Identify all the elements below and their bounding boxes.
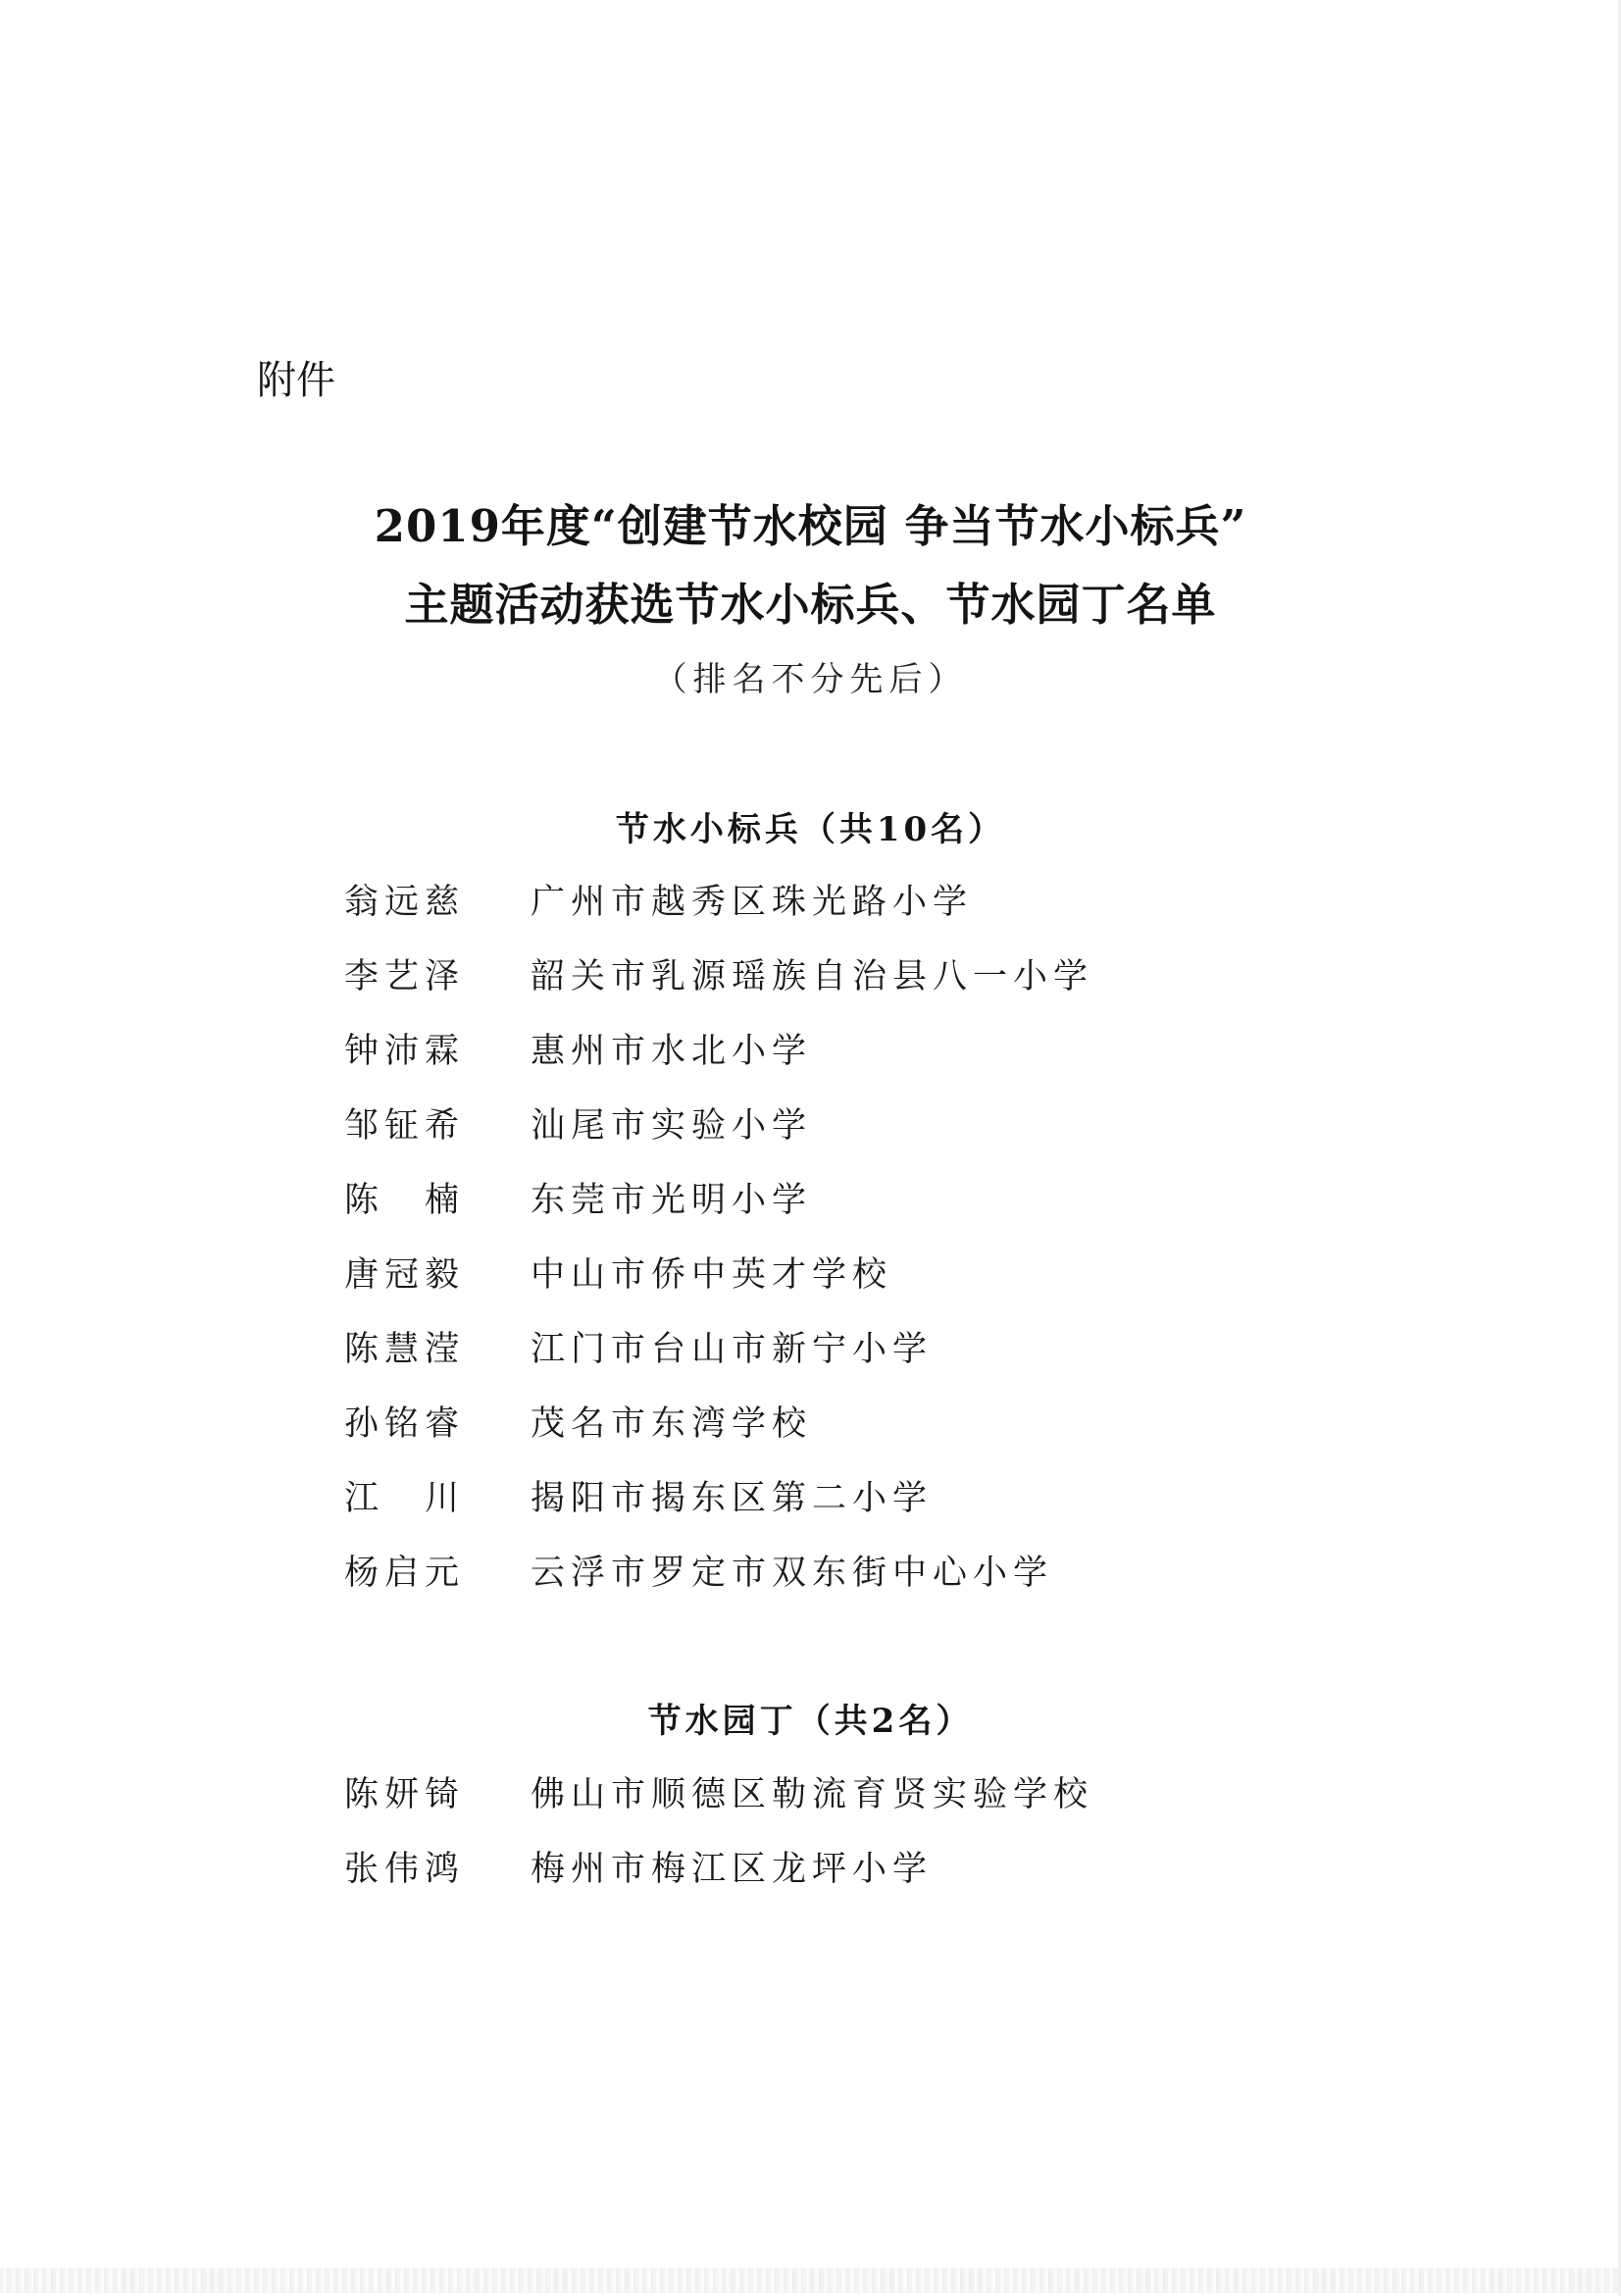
document-title-line1: 2019年度“创建节水校园 争当节水小标兵” <box>0 490 1621 554</box>
school-name: 惠州市水北小学 <box>531 1024 812 1073</box>
person-name: 江 川 <box>344 1471 472 1520</box>
list-item: 孙铭睿 茂名市东湾学校 <box>344 1397 472 1446</box>
attachment-label: 附件 <box>257 349 335 405</box>
person-name: 唐冠毅 <box>344 1248 472 1297</box>
list-item: 陈妍锜 佛山市顺德区勒流育贤实验学校 <box>344 1767 472 1816</box>
person-name: 孙铭睿 <box>344 1397 472 1446</box>
person-name: 陈 楠 <box>344 1173 472 1222</box>
list-item: 李艺泽 韶关市乳源瑶族自治县八一小学 <box>344 949 472 998</box>
person-name: 李艺泽 <box>344 949 472 998</box>
section-heading-water-saving-teachers: 节水园丁（共2名） <box>0 1694 1621 1742</box>
document-subtitle: （排名不分先后） <box>0 652 1621 700</box>
list-item: 张伟鸿 梅州市梅江区龙坪小学 <box>344 1842 472 1891</box>
list-item: 钟沛霖 惠州市水北小学 <box>344 1024 472 1073</box>
list-item: 杨启元 云浮市罗定市双东街中心小学 <box>344 1546 472 1595</box>
list-item: 邹钲希 汕尾市实验小学 <box>344 1098 472 1148</box>
school-name: 茂名市东湾学校 <box>531 1397 812 1446</box>
person-name: 杨启元 <box>344 1546 472 1595</box>
list-item: 陈 楠 东莞市光明小学 <box>344 1173 472 1222</box>
list-item: 江 川 揭阳市揭东区第二小学 <box>344 1471 472 1520</box>
school-name: 中山市侨中英才学校 <box>531 1248 892 1297</box>
person-name: 钟沛霖 <box>344 1024 472 1073</box>
person-name: 张伟鸿 <box>344 1842 472 1891</box>
school-name: 江门市台山市新宁小学 <box>531 1322 933 1371</box>
list-item: 翁远慈 广州市越秀区珠光路小学 <box>344 875 472 924</box>
school-name: 梅州市梅江区龙坪小学 <box>531 1842 933 1891</box>
list-item: 陈慧滢 江门市台山市新宁小学 <box>344 1322 472 1371</box>
school-name: 广州市越秀区珠光路小学 <box>531 875 973 924</box>
school-name: 云浮市罗定市双东街中心小学 <box>531 1546 1053 1595</box>
school-name: 东莞市光明小学 <box>531 1173 812 1222</box>
document-title-line2: 主题活动获选节水小标兵、节水园丁名单 <box>0 569 1621 633</box>
person-name: 翁远慈 <box>344 875 472 924</box>
school-name: 韶关市乳源瑶族自治县八一小学 <box>531 949 1093 998</box>
list-item: 唐冠毅 中山市侨中英才学校 <box>344 1248 472 1297</box>
school-name: 揭阳市揭东区第二小学 <box>531 1471 933 1520</box>
person-name: 陈慧滢 <box>344 1322 472 1371</box>
scan-edge-artifact <box>0 2268 1621 2293</box>
school-name: 佛山市顺德区勒流育贤实验学校 <box>531 1767 1093 1816</box>
section-heading-water-saving-stars: 节水小标兵（共10名） <box>0 802 1621 850</box>
person-name: 邹钲希 <box>344 1098 472 1148</box>
school-name: 汕尾市实验小学 <box>531 1098 812 1148</box>
person-name: 陈妍锜 <box>344 1767 472 1816</box>
